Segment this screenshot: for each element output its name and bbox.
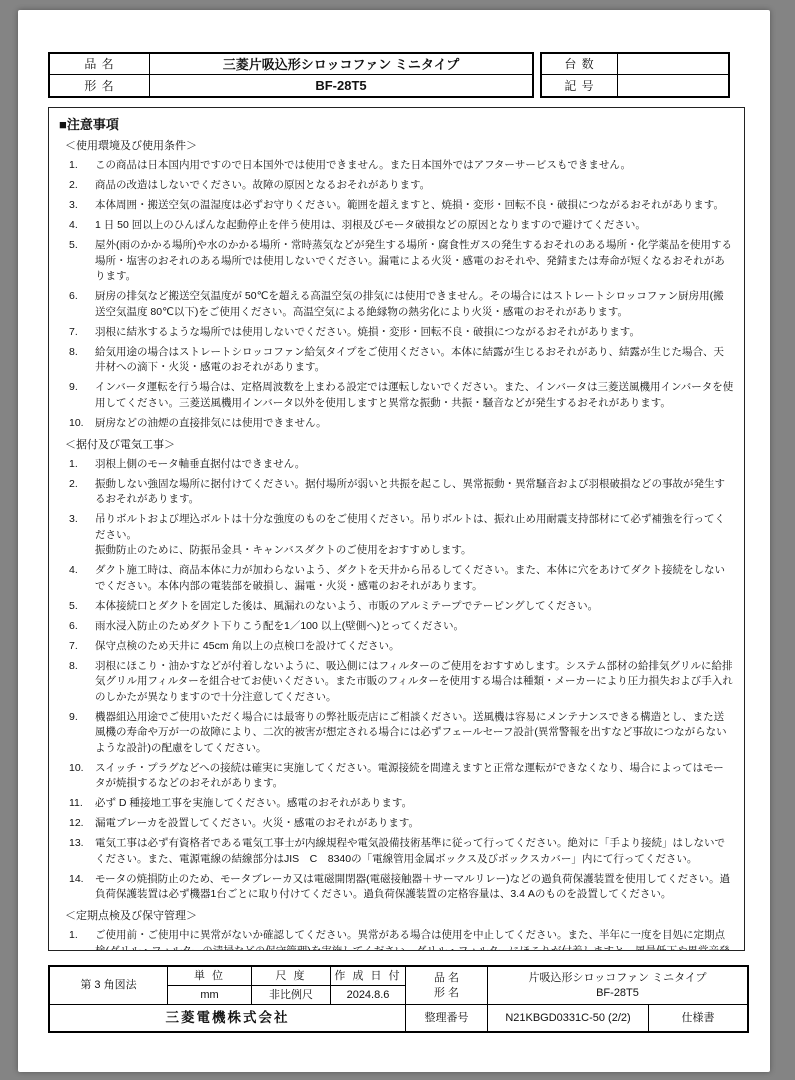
document-page: 品 名 三菱片吸込形シロッコファン ミニタイプ 形 名 BF-28T5 台 数 … [18,10,770,1072]
notice-item-text: インバータ運転を行う場合は、定格周波数を上まわる設定では運転しないでください。ま… [95,380,734,411]
notice-item-number: 5. [69,238,95,285]
cautions-box: ■注意事項 ＜使用環境及び使用条件＞1.この商品は日本国内用ですので日本国外では… [48,107,745,951]
notice-sections: ＜使用環境及び使用条件＞1.この商品は日本国内用ですので日本国外では使用できませ… [59,137,734,951]
unit-value: mm [168,986,252,1005]
notice-item: 1.この商品は日本国内用ですので日本国外では使用できません。また日本国外ではアフ… [69,158,734,174]
notice-item-text: 必ず D 種接地工事を実施してください。感電のおそれがあります。 [95,796,734,812]
notice-item: 7.保守点検のため天井に 45cm 角以上の点検口を設けてください。 [69,639,734,655]
notice-item: 13.電気工事は必ず有資格者である電気工事士が内線規程や電気設備技術基準に従って… [69,836,734,867]
notice-item-text: 羽根にほこり・油かすなどが付着しないように、吸込側にはフィルターのご使用をおすす… [95,659,734,706]
notice-item: 14.モータの焼損防止のため、モータブレーカ又は電磁開閉器(電磁接触器＋サーマル… [69,872,734,903]
notice-item-number: 13. [69,836,95,867]
notice-item-text: 給気用途の場合はストレートシロッコファン給気タイプをご使用ください。本体に結露が… [95,345,734,376]
footer-model-name-label: 形 名 [434,987,459,1000]
notice-item-text: 厨房の排気など搬送空気温度が 50℃を超える高温空気の排気には使用できません。そ… [95,289,734,320]
notice-item-number: 1. [69,158,95,174]
notice-section: ＜使用環境及び使用条件＞1.この商品は日本国内用ですので日本国外では使用できませ… [59,137,734,431]
document-type: 仕様書 [649,1005,747,1031]
notice-item-text: 保守点検のため天井に 45cm 角以上の点検口を設けてください。 [95,639,734,655]
product-name-label: 品 名 [50,54,150,75]
notice-item-number: 8. [69,659,95,706]
footer-product-labels: 品 名 形 名 [406,967,488,1005]
notice-item-text: ダクト施工時は、商品本体に力が加わらないよう、ダクトを天井から吊るしてください。… [95,563,734,594]
scale-value: 非比例尺 [252,986,331,1005]
quantity-label: 台 数 [542,54,618,75]
notice-item-text: 本体接続口とダクトを固定した後は、風漏れのないよう、市販のアルミテープでテーピン… [95,599,734,615]
section-heading: ＜使用環境及び使用条件＞ [65,137,734,153]
notice-item-text: この商品は日本国内用ですので日本国外では使用できません。また日本国外ではアフター… [95,158,734,174]
notice-item: 9.機器組込用途でご使用いただく場合には最寄りの弊社販売店にご相談ください。送風… [69,710,734,757]
notice-item-text: 屋外(雨のかかる場所)や水のかかる場所・常時蒸気などが発生する場所・腐食性ガスの… [95,238,734,285]
notice-item-number: 6. [69,619,95,635]
notice-item: 5.屋外(雨のかかる場所)や水のかかる場所・常時蒸気などが発生する場所・腐食性ガ… [69,238,734,285]
footer-product-values: 片吸込形シロッコファン ミニタイプ BF-28T5 [488,967,747,1005]
notice-item: 2.商品の改造はしないでください。故障の原因となるおそれがあります。 [69,178,734,194]
notice-item-number: 8. [69,345,95,376]
notice-item: 10.厨房などの油煙の直接排気には使用できません。 [69,416,734,432]
notice-item-number: 7. [69,325,95,341]
notice-item: 6.雨水浸入防止のためダクト下りこう配を1／100 以上(壁側へ)とってください… [69,619,734,635]
notice-item-text: 機器組込用途でご使用いただく場合には最寄りの弊社販売店にご相談ください。送風機は… [95,710,734,757]
notice-item-text: 本体周囲・搬送空気の温湿度は必ずお守りください。範囲を超えますと、焼損・変形・回… [95,198,734,214]
notice-section: ＜据付及び電気工事＞1.羽根上側のモータ軸垂直据付はできません。2.振動しない強… [59,436,734,903]
notice-item-number: 11. [69,796,95,812]
notice-item-number: 9. [69,710,95,757]
reference-number-value: N21KBGD0331C-50 (2/2) [488,1005,649,1031]
notice-item-text: スイッチ・プラグなどへの接続は確実に実施してください。電源接続を間違えますと正常… [95,761,734,792]
product-name-value: 三菱片吸込形シロッコファン ミニタイプ [150,54,532,75]
notice-item-number: 12. [69,816,95,832]
notice-section: ＜定期点検及び保守管理＞1.ご使用前・ご使用中に異常がないか確認してください。異… [59,907,734,951]
notice-item: 10.スイッチ・プラグなどへの接続は確実に実施してください。電源接続を間違えます… [69,761,734,792]
notice-item: 11.必ず D 種接地工事を実施してください。感電のおそれがあります。 [69,796,734,812]
symbol-value [618,75,728,96]
notice-item-text: 羽根に結氷するような場所では使用しないでください。焼損・変形・回転不良・破損につ… [95,325,734,341]
scale-label: 尺 度 [252,967,331,986]
notice-item: 8.給気用途の場合はストレートシロッコファン給気タイプをご使用ください。本体に結… [69,345,734,376]
notice-item-number: 9. [69,380,95,411]
notice-item-text: 羽根上側のモータ軸垂直据付はできません。 [95,457,734,473]
quantity-value [618,54,728,75]
notice-item-number: 10. [69,416,95,432]
notice-item-text: 漏電ブレーカを設置してください。火災・感電のおそれがあります。 [95,816,734,832]
section-heading: ＜定期点検及び保守管理＞ [65,907,734,923]
notice-item-number: 10. [69,761,95,792]
notice-item-number: 6. [69,289,95,320]
notice-item-text: 厨房などの油煙の直接排気には使用できません。 [95,416,734,432]
notice-item-number: 4. [69,218,95,234]
notice-item-number: 3. [69,198,95,214]
date-value: 2024.8.6 [331,986,406,1005]
notice-item-number: 4. [69,563,95,594]
footer-model-name-value: BF-28T5 [596,987,639,1000]
cautions-title: ■注意事項 [59,114,734,133]
notice-item-text: 商品の改造はしないでください。故障の原因となるおそれがあります。 [95,178,734,194]
section-heading: ＜据付及び電気工事＞ [65,436,734,452]
notice-item-number: 2. [69,477,95,508]
company-name: 三菱電機株式会社 [50,1005,406,1031]
notice-item-number: 1. [69,928,95,951]
notice-item: 1.ご使用前・ご使用中に異常がないか確認してください。異常がある場合は使用を中止… [69,928,734,951]
notice-item: 7.羽根に結氷するような場所では使用しないでください。焼損・変形・回転不良・破損… [69,325,734,341]
footer-product-name-value: 片吸込形シロッコファン ミニタイプ [528,972,706,985]
notice-item-number: 14. [69,872,95,903]
notice-item-text: 吊りボルトおよび埋込ボルトは十分な強度のものをご使用ください。吊りボルトは、振れ… [95,512,734,559]
notice-item-text: モータの焼損防止のため、モータブレーカ又は電磁開閉器(電磁接触器＋サーマルリレー… [95,872,734,903]
title-block-table: 第 3 角図法 単 位 尺 度 作 成 日 付 mm 非比例尺 2024.8.6… [48,965,749,1033]
date-label: 作 成 日 付 [331,967,406,986]
reference-number-label: 整理番号 [406,1005,488,1031]
unit-label: 単 位 [168,967,252,986]
model-name-value: BF-28T5 [150,75,532,96]
notice-item: 8.羽根にほこり・油かすなどが付着しないように、吸込側にはフィルターのご使用をお… [69,659,734,706]
notice-item-text: 振動しない強固な場所に据付けてください。据付場所が弱いと共振を起こし、異常振動・… [95,477,734,508]
symbol-label: 記 号 [542,75,618,96]
notice-item-text: 雨水浸入防止のためダクト下りこう配を1／100 以上(壁側へ)とってください。 [95,619,734,635]
notice-item: 4.ダクト施工時は、商品本体に力が加わらないよう、ダクトを天井から吊るしてくださ… [69,563,734,594]
notice-item: 1.羽根上側のモータ軸垂直据付はできません。 [69,457,734,473]
footer-product-name-label: 品 名 [434,972,459,985]
quantity-header-table: 台 数 記 号 [540,52,730,98]
notice-item: 6.厨房の排気など搬送空気温度が 50℃を超える高温空気の排気には使用できません… [69,289,734,320]
notice-item: 5.本体接続口とダクトを固定した後は、風漏れのないよう、市販のアルミテープでテー… [69,599,734,615]
notice-item-number: 3. [69,512,95,559]
notice-item: 4.1 日 50 回以上のひんぱんな起動停止を伴う使用は、羽根及びモータ破損など… [69,218,734,234]
model-name-label: 形 名 [50,75,150,96]
notice-item: 9.インバータ運転を行う場合は、定格周波数を上まわる設定では運転しないでください… [69,380,734,411]
product-header-table: 品 名 三菱片吸込形シロッコファン ミニタイプ 形 名 BF-28T5 [48,52,534,98]
notice-item: 3.本体周囲・搬送空気の温湿度は必ずお守りください。範囲を超えますと、焼損・変形… [69,198,734,214]
notice-item: 3.吊りボルトおよび埋込ボルトは十分な強度のものをご使用ください。吊りボルトは、… [69,512,734,559]
projection-method: 第 3 角図法 [50,967,168,1005]
notice-item-number: 2. [69,178,95,194]
notice-item: 12.漏電ブレーカを設置してください。火災・感電のおそれがあります。 [69,816,734,832]
notice-item: 2.振動しない強固な場所に据付けてください。据付場所が弱いと共振を起こし、異常振… [69,477,734,508]
notice-item-text: ご使用前・ご使用中に異常がないか確認してください。異常がある場合は使用を中止して… [95,928,734,951]
notice-item-text: 電気工事は必ず有資格者である電気工事士が内線規程や電気設備技術基準に従って行って… [95,836,734,867]
notice-item-text: 1 日 50 回以上のひんぱんな起動停止を伴う使用は、羽根及びモータ破損などの原… [95,218,734,234]
notice-item-number: 5. [69,599,95,615]
notice-item-number: 1. [69,457,95,473]
notice-item-number: 7. [69,639,95,655]
